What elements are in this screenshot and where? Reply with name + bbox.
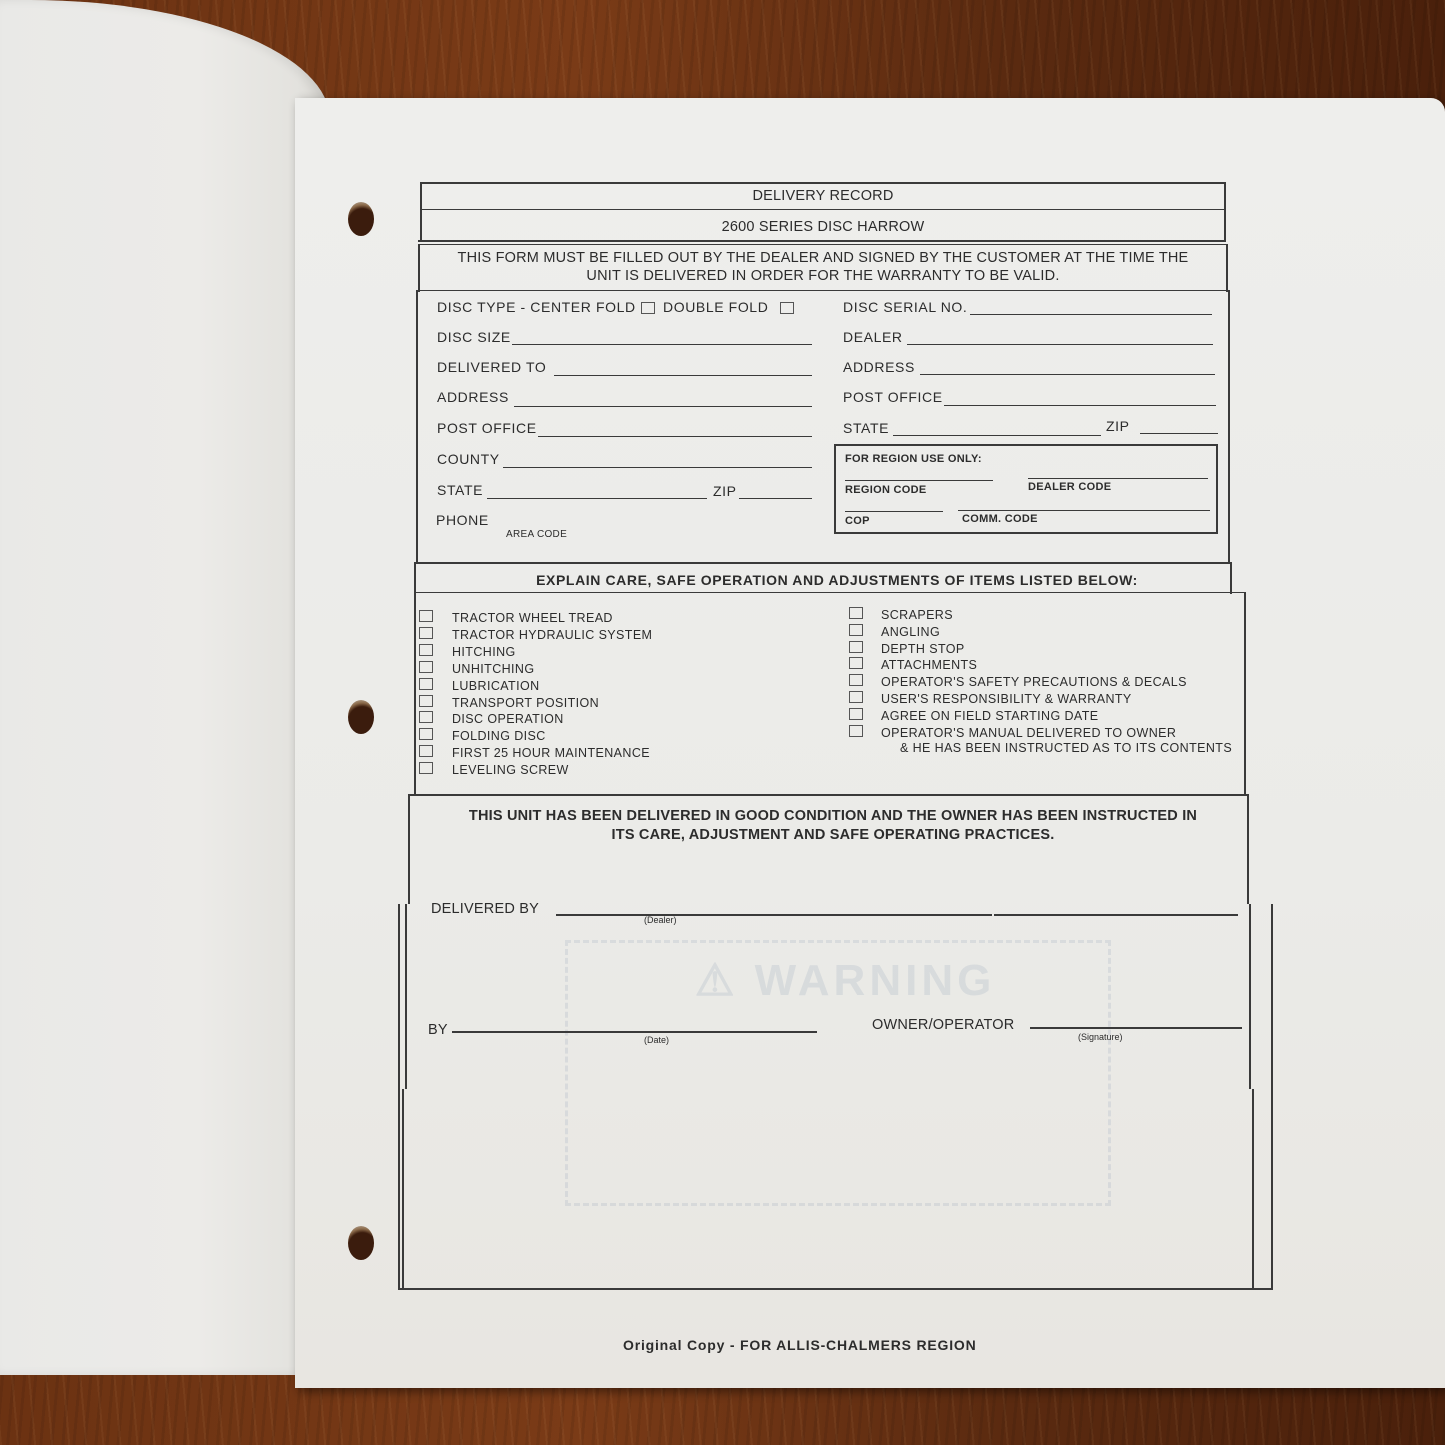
- checklist-left-checkbox[interactable]: [419, 627, 433, 639]
- phone-label: PHONE: [436, 512, 489, 528]
- dealer-caption: (Dealer): [644, 915, 677, 925]
- double-fold-label: DOUBLE FOLD: [663, 299, 768, 315]
- left-page: [0, 0, 330, 1375]
- notice-line-2: UNIT IS DELIVERED IN ORDER FOR THE WARRA…: [418, 268, 1228, 284]
- checklist-left-item: FIRST 25 HOUR MAINTENANCE: [452, 746, 650, 760]
- disc-serial-label: DISC SERIAL NO.: [843, 299, 967, 315]
- dealer-code-label: DEALER CODE: [1028, 481, 1111, 493]
- disc-type-label: DISC TYPE - CENTER FOLD: [437, 299, 636, 315]
- disc-serial-field[interactable]: [970, 314, 1212, 315]
- checklist-left-item: DISC OPERATION: [452, 712, 564, 726]
- cop-field[interactable]: [845, 511, 943, 512]
- zip-label: ZIP: [713, 483, 737, 499]
- show-through-box: [565, 940, 1111, 1206]
- disc-size-field[interactable]: [512, 344, 812, 345]
- checklist-right-item: AGREE ON FIELD STARTING DATE: [881, 709, 1098, 723]
- delivered-by-extra-field[interactable]: [994, 914, 1238, 916]
- area-code-label: AREA CODE: [506, 529, 567, 540]
- checklist-right-item: ATTACHMENTS: [881, 658, 977, 672]
- dealer-address-field[interactable]: [920, 374, 1215, 375]
- post-office-field[interactable]: [538, 436, 812, 437]
- cop-label: COP: [845, 515, 870, 527]
- certification-line-2: ITS CARE, ADJUSTMENT AND SAFE OPERATING …: [408, 827, 1258, 843]
- checklist-left-item: TRANSPORT POSITION: [452, 696, 599, 710]
- dealer-code-field[interactable]: [1028, 478, 1208, 479]
- region-code-field[interactable]: [845, 480, 993, 481]
- region-box-title: FOR REGION USE ONLY:: [845, 453, 982, 465]
- checklist-left-item: TRACTOR HYDRAULIC SYSTEM: [452, 628, 652, 642]
- punch-hole: [348, 700, 374, 734]
- checklist-right-item: SCRAPERS: [881, 608, 953, 622]
- checklist-right-checkbox[interactable]: [849, 691, 863, 703]
- county-field[interactable]: [503, 467, 812, 468]
- delivered-by-label: DELIVERED BY: [431, 901, 539, 917]
- checklist-right-checkbox[interactable]: [849, 624, 863, 636]
- owner-operator-label: OWNER/OPERATOR: [872, 1017, 1014, 1033]
- center-fold-checkbox[interactable]: [641, 302, 655, 314]
- date-caption: (Date): [644, 1035, 669, 1045]
- address-label: ADDRESS: [437, 389, 509, 405]
- footer-copy-label: Original Copy - FOR ALLIS-CHALMERS REGIO…: [623, 1337, 977, 1353]
- checklist-left-checkbox[interactable]: [419, 695, 433, 707]
- checklist-right-checkbox[interactable]: [849, 657, 863, 669]
- dealer-zip-label: ZIP: [1106, 418, 1130, 434]
- checklist-right-item: DEPTH STOP: [881, 642, 965, 656]
- checklist-header: EXPLAIN CARE, SAFE OPERATION AND ADJUSTM…: [414, 572, 1260, 588]
- state-field[interactable]: [487, 498, 707, 499]
- delivered-to-field[interactable]: [554, 375, 812, 376]
- checklist-left-checkbox[interactable]: [419, 728, 433, 740]
- checklist-right-checkbox[interactable]: [849, 708, 863, 720]
- by-label: BY: [428, 1022, 448, 1038]
- checklist-right-item: USER'S RESPONSIBILITY & WARRANTY: [881, 692, 1132, 706]
- dealer-address-label: ADDRESS: [843, 359, 915, 375]
- disc-size-label: DISC SIZE: [437, 329, 511, 345]
- form-subtitle: 2600 SERIES DISC HARROW: [420, 219, 1226, 235]
- notice-line-1: THIS FORM MUST BE FILLED OUT BY THE DEAL…: [418, 250, 1228, 266]
- double-fold-checkbox[interactable]: [780, 302, 794, 314]
- dealer-label: DEALER: [843, 329, 903, 345]
- comm-code-label: COMM. CODE: [962, 513, 1038, 525]
- checklist-left-item: FOLDING DISC: [452, 729, 546, 743]
- checklist-right-continuation: & HE HAS BEEN INSTRUCTED AS TO ITS CONTE…: [900, 741, 1232, 755]
- zip-field[interactable]: [739, 498, 812, 499]
- checklist-left-checkbox[interactable]: [419, 678, 433, 690]
- checklist-left-checkbox[interactable]: [419, 644, 433, 656]
- checklist-left-item: LEVELING SCREW: [452, 763, 569, 777]
- dealer-post-office-label: POST OFFICE: [843, 389, 943, 405]
- checklist-right-item: OPERATOR'S SAFETY PRECAUTIONS & DECALS: [881, 675, 1187, 689]
- punch-hole: [348, 202, 374, 236]
- checklist-right-checkbox[interactable]: [849, 725, 863, 737]
- dealer-state-field[interactable]: [893, 435, 1101, 436]
- checklist-left-checkbox[interactable]: [419, 711, 433, 723]
- address-field[interactable]: [514, 406, 812, 407]
- checklist-right-checkbox[interactable]: [849, 641, 863, 653]
- checklist-left-item: UNHITCHING: [452, 662, 534, 676]
- state-label: STATE: [437, 482, 483, 498]
- dealer-state-label: STATE: [843, 420, 889, 436]
- dealer-post-office-field[interactable]: [944, 405, 1216, 406]
- checklist-left-item: LUBRICATION: [452, 679, 540, 693]
- region-code-label: REGION CODE: [845, 484, 927, 496]
- checklist-left-item: HITCHING: [452, 645, 516, 659]
- signature-caption: (Signature): [1078, 1032, 1123, 1042]
- checklist-left-checkbox[interactable]: [419, 610, 433, 622]
- county-label: COUNTY: [437, 451, 500, 467]
- form-title: DELIVERY RECORD: [420, 188, 1226, 204]
- checklist-left-checkbox[interactable]: [419, 745, 433, 757]
- dealer-field[interactable]: [907, 344, 1213, 345]
- date-field[interactable]: [452, 1031, 817, 1033]
- checklist-right-item: ANGLING: [881, 625, 940, 639]
- checklist-left-checkbox[interactable]: [419, 661, 433, 673]
- checklist-right-checkbox[interactable]: [849, 674, 863, 686]
- dealer-zip-field[interactable]: [1140, 433, 1218, 434]
- delivered-to-label: DELIVERED TO: [437, 359, 546, 375]
- checklist-right-checkbox[interactable]: [849, 607, 863, 619]
- certification-line-1: THIS UNIT HAS BEEN DELIVERED IN GOOD CON…: [408, 808, 1258, 824]
- checklist-left-checkbox[interactable]: [419, 762, 433, 774]
- owner-signature-field[interactable]: [1030, 1027, 1242, 1029]
- delivered-by-dealer-field[interactable]: [556, 914, 992, 916]
- checklist-right-item: OPERATOR'S MANUAL DELIVERED TO OWNER: [881, 726, 1176, 740]
- post-office-label: POST OFFICE: [437, 420, 537, 436]
- checklist-left-item: TRACTOR WHEEL TREAD: [452, 611, 613, 625]
- punch-hole: [348, 1226, 374, 1260]
- comm-code-field[interactable]: [958, 510, 1210, 511]
